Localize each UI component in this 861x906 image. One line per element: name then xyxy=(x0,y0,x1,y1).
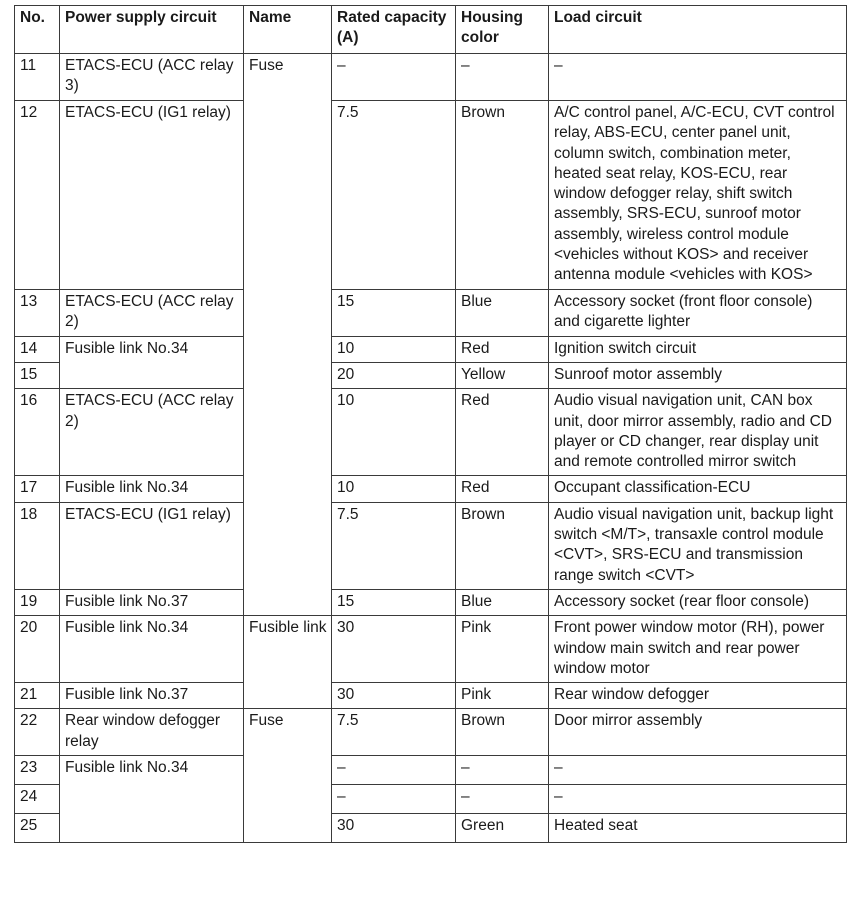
table-header-row: No. Power supply circuit Name Rated capa… xyxy=(15,6,847,54)
cell-rated-capacity: 7.5 xyxy=(332,709,456,756)
fuse-relay-table: No. Power supply circuit Name Rated capa… xyxy=(14,5,847,843)
table-row: 21 Fusible link No.37 30 Pink Rear windo… xyxy=(15,683,847,709)
cell-no: 15 xyxy=(15,362,60,388)
cell-housing-color: – xyxy=(456,785,549,814)
cell-no: 13 xyxy=(15,289,60,336)
cell-no: 12 xyxy=(15,101,60,290)
cell-load-circuit: Audio visual navigation unit, backup lig… xyxy=(549,502,847,589)
cell-load-circuit: Heated seat xyxy=(549,814,847,843)
cell-housing-color: Brown xyxy=(456,502,549,589)
cell-rated-capacity: 30 xyxy=(332,683,456,709)
cell-housing-color: Pink xyxy=(456,683,549,709)
cell-no: 18 xyxy=(15,502,60,589)
header-name: Name xyxy=(244,6,332,54)
cell-power-supply-circuit: Fusible link No.34 xyxy=(60,476,244,502)
table-row: 17 Fusible link No.34 10 Red Occupant cl… xyxy=(15,476,847,502)
cell-rated-capacity: 20 xyxy=(332,362,456,388)
cell-load-circuit: – xyxy=(549,54,847,101)
cell-name: Fusible link xyxy=(244,616,332,709)
cell-power-supply-circuit: Fusible link No.34 xyxy=(60,756,244,843)
cell-rated-capacity: 30 xyxy=(332,814,456,843)
cell-power-supply-circuit: Fusible link No.34 xyxy=(60,336,244,389)
table-row: 14 Fusible link No.34 10 Red Ignition sw… xyxy=(15,336,847,362)
cell-name: Fuse xyxy=(244,709,332,843)
cell-load-circuit: Door mirror assembly xyxy=(549,709,847,756)
cell-power-supply-circuit: Fusible link No.34 xyxy=(60,616,244,683)
cell-no: 19 xyxy=(15,589,60,615)
cell-rated-capacity: 10 xyxy=(332,336,456,362)
table-row: 16 ETACS-ECU (ACC relay 2) 10 Red Audio … xyxy=(15,389,847,476)
cell-no: 22 xyxy=(15,709,60,756)
cell-no: 17 xyxy=(15,476,60,502)
table-row: 23 Fusible link No.34 – – – xyxy=(15,756,847,785)
cell-housing-color: Red xyxy=(456,389,549,476)
cell-housing-color: Red xyxy=(456,336,549,362)
cell-load-circuit: Ignition switch circuit xyxy=(549,336,847,362)
cell-rated-capacity: 10 xyxy=(332,476,456,502)
cell-rated-capacity: – xyxy=(332,756,456,785)
cell-rated-capacity: 10 xyxy=(332,389,456,476)
cell-power-supply-circuit: ETACS-ECU (IG1 relay) xyxy=(60,101,244,290)
header-load-circuit: Load circuit xyxy=(549,6,847,54)
cell-rated-capacity: 15 xyxy=(332,589,456,615)
cell-housing-color: Blue xyxy=(456,289,549,336)
cell-rated-capacity: – xyxy=(332,54,456,101)
cell-housing-color: Blue xyxy=(456,589,549,615)
cell-load-circuit: Occupant classification-ECU xyxy=(549,476,847,502)
table-row: 20 Fusible link No.34 Fusible link 30 Pi… xyxy=(15,616,847,683)
header-power-supply-circuit: Power supply circuit xyxy=(60,6,244,54)
table-row: 13 ETACS-ECU (ACC relay 2) 15 Blue Acces… xyxy=(15,289,847,336)
table-row: 18 ETACS-ECU (IG1 relay) 7.5 Brown Audio… xyxy=(15,502,847,589)
cell-load-circuit: – xyxy=(549,756,847,785)
cell-rated-capacity: – xyxy=(332,785,456,814)
cell-power-supply-circuit: Fusible link No.37 xyxy=(60,589,244,615)
cell-housing-color: Yellow xyxy=(456,362,549,388)
cell-rated-capacity: 7.5 xyxy=(332,101,456,290)
cell-housing-color: – xyxy=(456,756,549,785)
cell-name: Fuse xyxy=(244,54,332,616)
cell-load-circuit: – xyxy=(549,785,847,814)
cell-load-circuit: A/C control panel, A/C-ECU, CVT control … xyxy=(549,101,847,290)
cell-power-supply-circuit: ETACS-ECU (ACC relay 3) xyxy=(60,54,244,101)
cell-housing-color: Green xyxy=(456,814,549,843)
cell-no: 11 xyxy=(15,54,60,101)
cell-no: 14 xyxy=(15,336,60,362)
table-row: 12 ETACS-ECU (IG1 relay) 7.5 Brown A/C c… xyxy=(15,101,847,290)
cell-no: 25 xyxy=(15,814,60,843)
cell-no: 16 xyxy=(15,389,60,476)
cell-load-circuit: Accessory socket (front floor console) a… xyxy=(549,289,847,336)
cell-power-supply-circuit: Rear window defogger relay xyxy=(60,709,244,756)
header-no: No. xyxy=(15,6,60,54)
cell-housing-color: Red xyxy=(456,476,549,502)
cell-housing-color: – xyxy=(456,54,549,101)
cell-no: 21 xyxy=(15,683,60,709)
cell-no: 23 xyxy=(15,756,60,785)
cell-power-supply-circuit: ETACS-ECU (IG1 relay) xyxy=(60,502,244,589)
cell-rated-capacity: 30 xyxy=(332,616,456,683)
cell-load-circuit: Rear window defogger xyxy=(549,683,847,709)
table-row: 22 Rear window defogger relay Fuse 7.5 B… xyxy=(15,709,847,756)
cell-load-circuit: Accessory socket (rear floor console) xyxy=(549,589,847,615)
cell-power-supply-circuit: ETACS-ECU (ACC relay 2) xyxy=(60,289,244,336)
cell-load-circuit: Sunroof motor assembly xyxy=(549,362,847,388)
cell-rated-capacity: 7.5 xyxy=(332,502,456,589)
table-row: 19 Fusible link No.37 15 Blue Accessory … xyxy=(15,589,847,615)
cell-housing-color: Brown xyxy=(456,101,549,290)
cell-no: 24 xyxy=(15,785,60,814)
cell-housing-color: Pink xyxy=(456,616,549,683)
cell-power-supply-circuit: ETACS-ECU (ACC relay 2) xyxy=(60,389,244,476)
cell-rated-capacity: 15 xyxy=(332,289,456,336)
cell-housing-color: Brown xyxy=(456,709,549,756)
header-rated-capacity: Rated capacity (A) xyxy=(332,6,456,54)
cell-power-supply-circuit: Fusible link No.37 xyxy=(60,683,244,709)
cell-load-circuit: Audio visual navigation unit, CAN box un… xyxy=(549,389,847,476)
table-row: 11 ETACS-ECU (ACC relay 3) Fuse – – – xyxy=(15,54,847,101)
cell-load-circuit: Front power window motor (RH), power win… xyxy=(549,616,847,683)
header-housing-color: Housing color xyxy=(456,6,549,54)
cell-no: 20 xyxy=(15,616,60,683)
